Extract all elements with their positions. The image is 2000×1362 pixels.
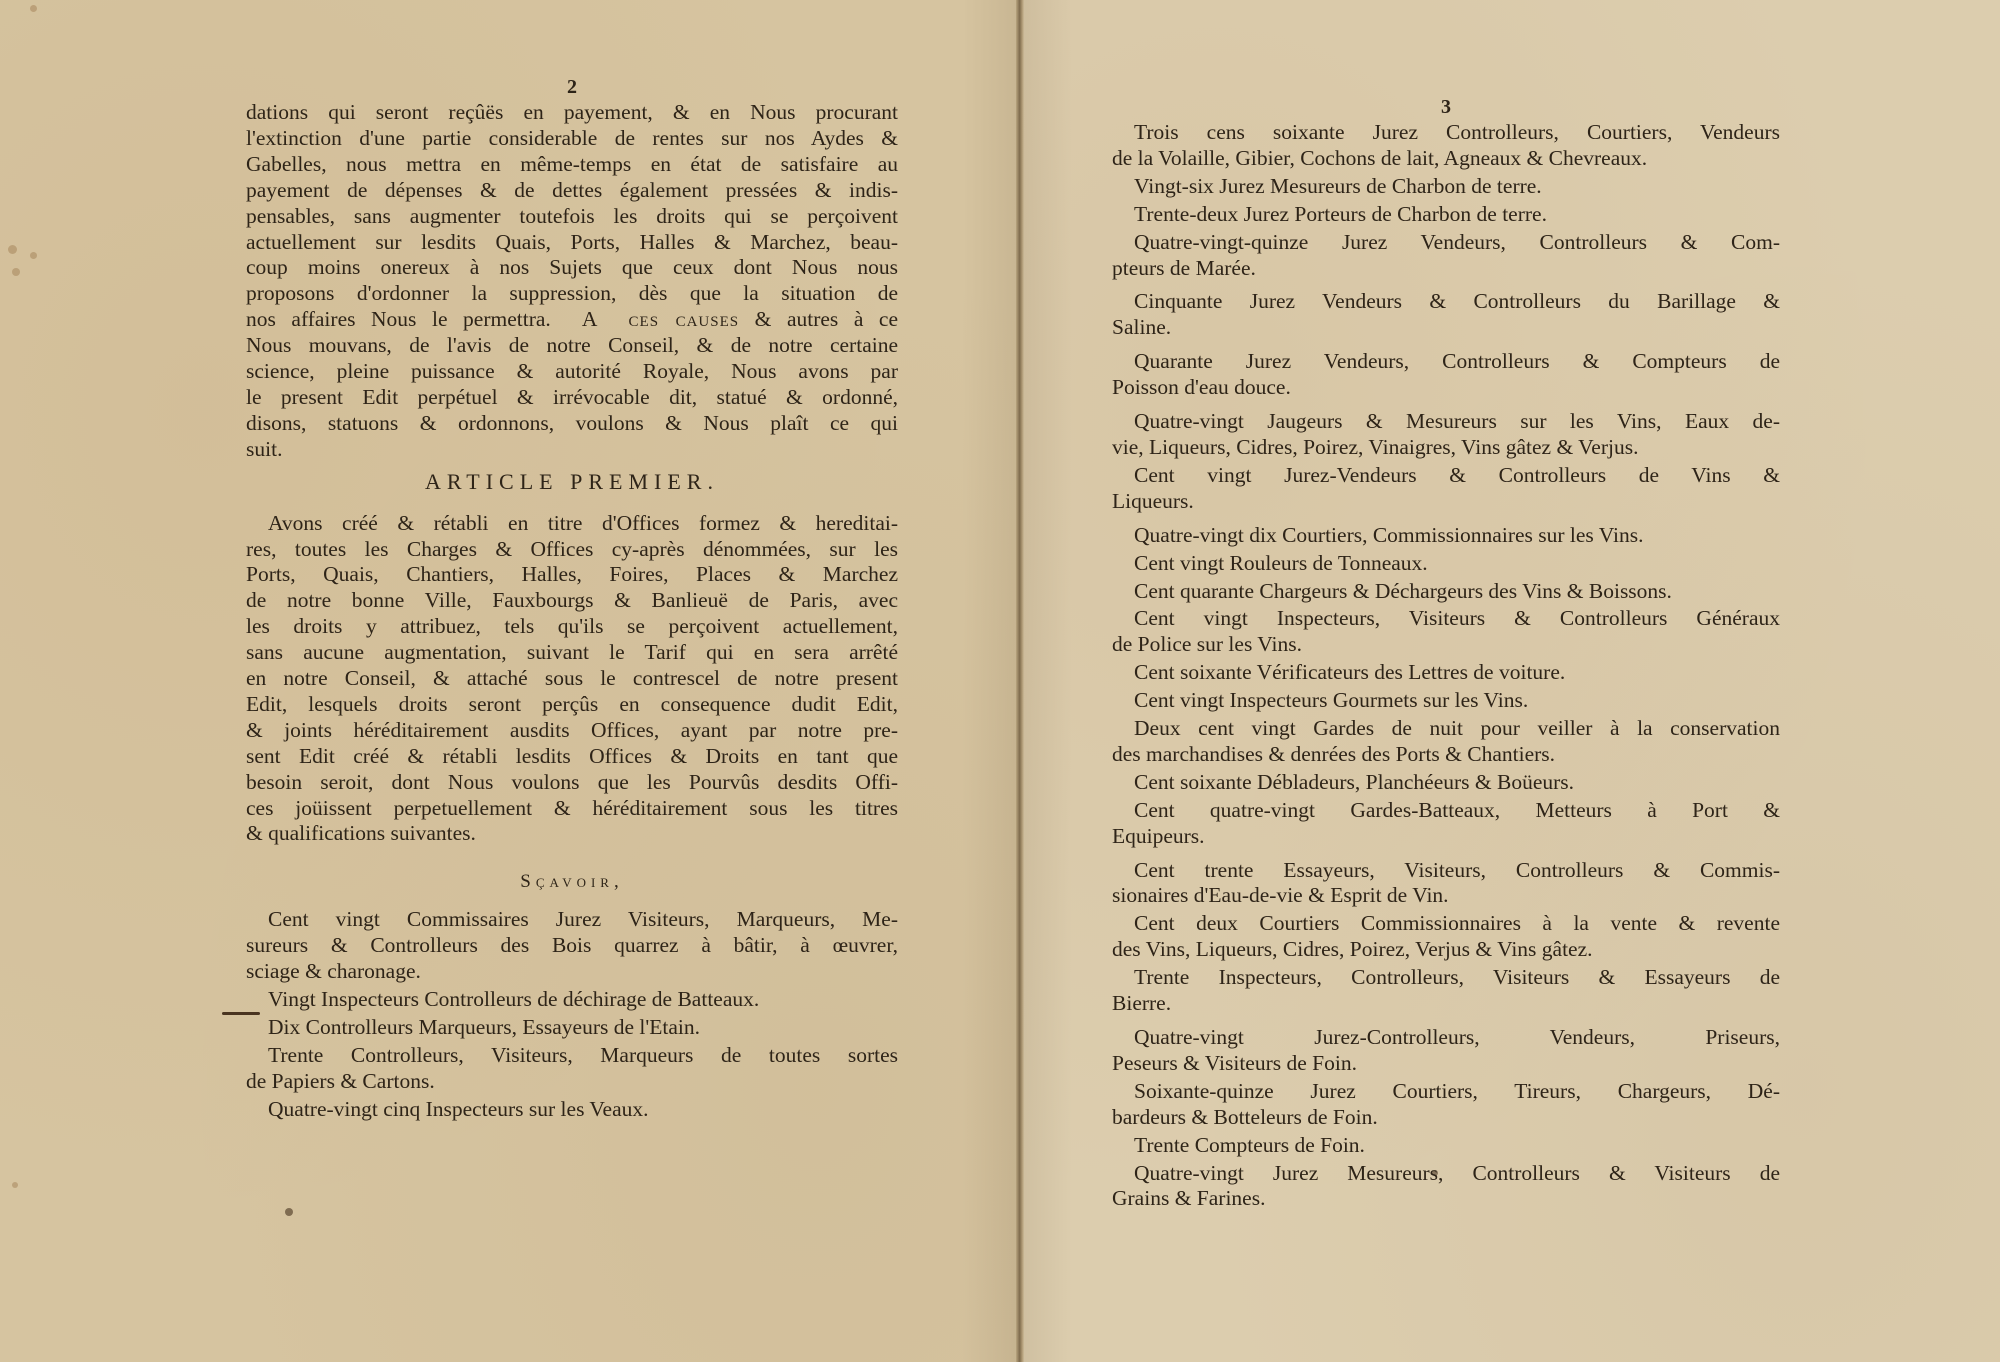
text-line: Cinquante Jurez Vendeurs & Controlleurs … — [1112, 289, 1780, 315]
text-line: Saline. — [1112, 315, 1780, 341]
office-entry: Quatre-vingt cinq Inspecteurs sur les Ve… — [246, 1097, 898, 1123]
text-line: le present Edit perpétuel & irrévocable … — [246, 385, 898, 411]
office-entry: Quatre-vingt Jurez Mesureurs, Controlleu… — [1112, 1161, 1780, 1213]
text-line: des Vins, Liqueurs, Cidres, Poirez, Verj… — [1112, 937, 1780, 963]
page-shadow — [1022, 0, 1072, 1362]
office-entry: Trente-deux Jurez Porteurs de Charbon de… — [1112, 202, 1780, 228]
text-segment: nos affaires Nous le permettra. — [246, 307, 551, 331]
text-line: & qualifications suivantes. — [246, 821, 898, 847]
left-page: 2 dations qui seront reçûës en payement,… — [0, 0, 1022, 1362]
text-line: Trente Compteurs de Foin. — [1112, 1133, 1780, 1159]
text-line: des marchandises & denrées des Ports & C… — [1112, 742, 1780, 768]
text-line: besoin seroit, dont Nous voulons que les… — [246, 770, 898, 796]
text-line: proposons d'ordonner la suppression, dès… — [246, 281, 898, 307]
text-line: de Papiers & Cartons. — [246, 1069, 898, 1095]
text-line: pteurs de Marée. — [1112, 256, 1780, 282]
preamble: dations qui seront reçûës en payement, &… — [246, 100, 898, 463]
office-entry: Trente Compteurs de Foin. — [1112, 1133, 1780, 1159]
office-entry: Vingt Inspecteurs Controlleurs de déchir… — [246, 987, 898, 1013]
text-line: Equipeurs. — [1112, 824, 1780, 850]
left-text-block: 2 dations qui seront reçûës en payement,… — [246, 76, 898, 1125]
savoir-heading: Sçavoir, — [246, 869, 898, 895]
office-entry: Trente Inspecteurs, Controlleurs, Visite… — [1112, 965, 1780, 1017]
foxing-stain — [8, 245, 17, 254]
office-entry: Cent vingt Commissaires Jurez Visiteurs,… — [246, 907, 898, 985]
text-line: Quatre-vingt cinq Inspecteurs sur les Ve… — [246, 1097, 898, 1123]
text-line: Cent trente Essayeurs, Visiteurs, Contro… — [1112, 858, 1780, 884]
a-ces-causes-smallcaps: ces causes — [629, 307, 740, 331]
office-entry: Soixante-quinze Jurez Courtiers, Tireurs… — [1112, 1079, 1780, 1131]
text-line: Edit, lesquels droits seront perçûs en c… — [246, 692, 898, 718]
text-line: de la Volaille, Gibier, Cochons de lait,… — [1112, 146, 1780, 172]
office-entry: Cent quarante Chargeurs & Déchargeurs de… — [1112, 579, 1780, 605]
text-line: sciage & charonage. — [246, 959, 898, 985]
office-list: Trois cens soixante Jurez Controlleurs, … — [1112, 120, 1780, 1212]
ink-spot — [285, 1208, 293, 1216]
office-entry: Cinquante Jurez Vendeurs & Controlleurs … — [1112, 289, 1780, 341]
text-line-a-ces-causes: nos affaires Nous le permettra. A ces ca… — [246, 307, 898, 333]
office-entry: Trois cens soixante Jurez Controlleurs, … — [1112, 120, 1780, 172]
text-line: Cent vingt Jurez-Vendeurs & Controlleurs… — [1112, 463, 1780, 489]
text-line: Quarante Jurez Vendeurs, Controlleurs & … — [1112, 349, 1780, 375]
text-line: vie, Liqueurs, Cidres, Poirez, Vinaigres… — [1112, 435, 1780, 461]
text-line: sionaires d'Eau-de-vie & Esprit de Vin. — [1112, 883, 1780, 909]
text-line: bardeurs & Botteleurs de Foin. — [1112, 1105, 1780, 1131]
text-line: Dix Controlleurs Marqueurs, Essayeurs de… — [246, 1015, 898, 1041]
text-line: dations qui seront reçûës en payement, &… — [246, 100, 898, 126]
text-line: actuellement sur lesdits Quais, Ports, H… — [246, 230, 898, 256]
office-entry: Vingt-six Jurez Mesureurs de Charbon de … — [1112, 174, 1780, 200]
book-gutter — [1016, 0, 1024, 1362]
page-number: 3 — [1112, 96, 1780, 118]
text-line: Cent vingt Inspecteurs Gourmets sur les … — [1112, 688, 1780, 714]
text-line: de Police sur les Vins. — [1112, 632, 1780, 658]
text-line: Cent vingt Commissaires Jurez Visiteurs,… — [246, 907, 898, 933]
text-line: Vingt-six Jurez Mesureurs de Charbon de … — [1112, 174, 1780, 200]
right-text-block: 3 Trois cens soixante Jurez Controlleurs… — [1112, 96, 1780, 1214]
text-line: Cent vingt Inspecteurs, Visiteurs & Cont… — [1112, 606, 1780, 632]
text-line: Quatre-vingt Jurez Mesureurs, Controlleu… — [1112, 1161, 1780, 1187]
page-shadow — [962, 0, 1022, 1362]
office-entry: Trente Controlleurs, Visiteurs, Marqueur… — [246, 1043, 898, 1095]
office-entry: Quatre-vingt Jaugeurs & Mesureurs sur le… — [1112, 409, 1780, 461]
foxing-stain — [30, 252, 37, 259]
text-line: Liqueurs. — [1112, 489, 1780, 515]
book-spread: 2 dations qui seront reçûës en payement,… — [0, 0, 2000, 1362]
text-line: Avons créé & rétabli en titre d'Offices … — [246, 511, 898, 537]
text-line: l'extinction d'une partie considerable d… — [246, 126, 898, 152]
text-line: Poisson d'eau douce. — [1112, 375, 1780, 401]
foxing-stain — [12, 1182, 18, 1188]
text-line: Quatre-vingt-quinze Jurez Vendeurs, Cont… — [1112, 230, 1780, 256]
text-line: Quatre-vingt Jurez-Controlleurs, Vendeur… — [1112, 1025, 1780, 1051]
office-entry: Cent vingt Jurez-Vendeurs & Controlleurs… — [1112, 463, 1780, 515]
text-segment: & autres à ce — [755, 307, 898, 331]
text-line: Nous mouvans, de l'avis de notre Conseil… — [246, 333, 898, 359]
foxing-stain — [30, 5, 37, 12]
office-entry: Cent deux Courtiers Commissionnaires à l… — [1112, 911, 1780, 963]
text-line: Bierre. — [1112, 991, 1780, 1017]
office-entry: Cent soixante Vérificateurs des Lettres … — [1112, 660, 1780, 686]
text-line: Cent soixante Débladeurs, Planchéeurs & … — [1112, 770, 1780, 796]
office-entry: Cent trente Essayeurs, Visiteurs, Contro… — [1112, 858, 1780, 910]
text-line: Quatre-vingt dix Courtiers, Commissionna… — [1112, 523, 1780, 549]
text-line: payement de dépenses & de dettes égaleme… — [246, 178, 898, 204]
text-line: Trente Inspecteurs, Controlleurs, Visite… — [1112, 965, 1780, 991]
text-line: ces joüissent perpetuellement & hérédita… — [246, 796, 898, 822]
article-body: Avons créé & rétabli en titre d'Offices … — [246, 511, 898, 848]
text-line: en notre Conseil, & attaché sous le cont… — [246, 666, 898, 692]
text-line: Gabelles, nous mettra en même-temps en é… — [246, 152, 898, 178]
text-line: sureurs & Controlleurs des Bois quarrez … — [246, 933, 898, 959]
text-line: Grains & Farines. — [1112, 1186, 1780, 1212]
text-line: Deux cent vingt Gardes de nuit pour veil… — [1112, 716, 1780, 742]
text-line: Cent deux Courtiers Commissionnaires à l… — [1112, 911, 1780, 937]
text-line: Cent quarante Chargeurs & Déchargeurs de… — [1112, 579, 1780, 605]
office-entry: Cent vingt Rouleurs de Tonneaux. — [1112, 551, 1780, 577]
office-entry: Cent quatre-vingt Gardes-Batteaux, Mette… — [1112, 798, 1780, 850]
text-line: Trente-deux Jurez Porteurs de Charbon de… — [1112, 202, 1780, 228]
text-line: Vingt Inspecteurs Controlleurs de déchir… — [246, 987, 898, 1013]
office-list: Cent vingt Commissaires Jurez Visiteurs,… — [246, 907, 898, 1122]
page-number: 2 — [246, 76, 898, 98]
office-entry: Quatre-vingt-quinze Jurez Vendeurs, Cont… — [1112, 230, 1780, 282]
office-entry: Quarante Jurez Vendeurs, Controlleurs & … — [1112, 349, 1780, 401]
text-line: res, toutes les Charges & Offices cy-apr… — [246, 537, 898, 563]
office-entry: Cent vingt Inspecteurs, Visiteurs & Cont… — [1112, 606, 1780, 658]
text-line: sans aucune augmentation, suivant le Tar… — [246, 640, 898, 666]
office-entry: Cent soixante Débladeurs, Planchéeurs & … — [1112, 770, 1780, 796]
text-line: Cent vingt Rouleurs de Tonneaux. — [1112, 551, 1780, 577]
text-line: suit. — [246, 437, 898, 463]
text-line: Peseurs & Visiteurs de Foin. — [1112, 1051, 1780, 1077]
text-line: pensables, sans augmenter toutefois les … — [246, 204, 898, 230]
text-line: Trois cens soixante Jurez Controlleurs, … — [1112, 120, 1780, 146]
office-entry: Deux cent vingt Gardes de nuit pour veil… — [1112, 716, 1780, 768]
text-line: sent Edit créé & rétabli lesdits Offices… — [246, 744, 898, 770]
text-line: Trente Controlleurs, Visiteurs, Marqueur… — [246, 1043, 898, 1069]
text-line: Quatre-vingt Jaugeurs & Mesureurs sur le… — [1112, 409, 1780, 435]
office-entry: Quatre-vingt dix Courtiers, Commissionna… — [1112, 523, 1780, 549]
foxing-stain — [12, 268, 20, 276]
article-heading: ARTICLE PREMIER. — [246, 469, 898, 495]
text-line: Soixante-quinze Jurez Courtiers, Tireurs… — [1112, 1079, 1780, 1105]
text-line: Cent soixante Vérificateurs des Lettres … — [1112, 660, 1780, 686]
text-line: Ports, Quais, Chantiers, Halles, Foires,… — [246, 562, 898, 588]
office-entry: Quatre-vingt Jurez-Controlleurs, Vendeur… — [1112, 1025, 1780, 1077]
text-segment: A — [582, 307, 598, 331]
text-line: Cent quatre-vingt Gardes-Batteaux, Mette… — [1112, 798, 1780, 824]
text-line: & joints héréditairement ausdits Offices… — [246, 718, 898, 744]
right-page: 3 Trois cens soixante Jurez Controlleurs… — [1022, 0, 2000, 1362]
text-line: coup moins onereux à nos Sujets que ceux… — [246, 255, 898, 281]
text-line: science, pleine puissance & autorité Roy… — [246, 359, 898, 385]
office-entry: Cent vingt Inspecteurs Gourmets sur les … — [1112, 688, 1780, 714]
text-line: de notre bonne Ville, Fauxbourgs & Banli… — [246, 588, 898, 614]
office-entry: Dix Controlleurs Marqueurs, Essayeurs de… — [246, 1015, 898, 1041]
text-line: les droits y attribuez, tels qu'ils se p… — [246, 614, 898, 640]
text-line: disons, statuons & ordonnons, voulons & … — [246, 411, 898, 437]
